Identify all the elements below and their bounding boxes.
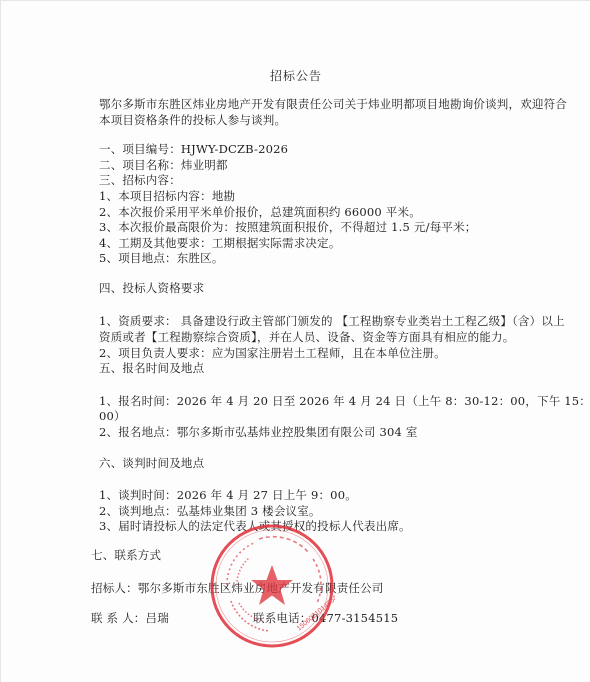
section3-item-3: 3、本次报价最高限价为：按照建筑面积报价，不得超过 1.5 元/每平米；: [99, 220, 477, 235]
section7-heading: 七、联系方式: [91, 548, 161, 563]
section3-item-4: 4、工期及其他要求：工期根据实际需求决定。: [99, 236, 341, 251]
project-number: 一、项目编号：HJWY-DCZB-2026: [99, 142, 288, 157]
section3-item-5: 5、项目地点：东胜区。: [99, 251, 224, 266]
page-title: 招标公告: [1, 67, 590, 84]
contact-person: 联 系 人：吕瑞: [91, 611, 169, 626]
section5-item-1-cont: 00）: [99, 409, 126, 424]
section6-item-1: 1、谈判时间：2026 年 4 月 27 日上午 9：00。: [99, 488, 357, 503]
section5-item-1: 1、报名时间：2026 年 4 月 20 日至 2026 年 4 月 24 日（…: [99, 394, 590, 409]
section5-heading: 五、报名时间及地点: [99, 361, 204, 376]
section4-heading: 四、投标人资格要求: [99, 281, 204, 296]
project-name: 二、项目名称：炜业明都: [99, 158, 228, 173]
section4-item-1-cont: 资质或者【工程勘察综合资质】，并在人员、设备、资金等方面具有相应的能力。: [99, 330, 514, 345]
section3-heading: 三、招标内容：: [99, 173, 181, 188]
section6-item-3: 3、届时请投标人的法定代表人或其授权的投标人代表出席。: [99, 519, 411, 534]
section3-item-1: 1、本项目招标内容：地勘: [99, 189, 235, 204]
contact-phone: 联系电话：0477-3154515: [253, 611, 398, 626]
section6-item-2: 2、谈判地点：弘基炜业集团 3 楼会议室。: [99, 504, 321, 519]
section4-item-1: 1、资质要求： 具备建设行政主管部门颁发的 【工程勘察专业类岩土工程乙级】（含）…: [99, 314, 565, 329]
intro-line-1: 鄂尔多斯市东胜区炜业房地产开发有限责任公司关于炜业明都项目地勘询价谈判，欢迎符合: [99, 97, 567, 112]
document-page: 招标公告 鄂尔多斯市东胜区炜业房地产开发有限责任公司关于炜业明都项目地勘询价谈判…: [0, 0, 590, 682]
tenderer: 招标人：鄂尔多斯市东胜区炜业房地产开发有限责任公司: [91, 581, 384, 596]
section3-item-2: 2、本次报价采用平米单价报价，总建筑面积约 66000 平米。: [99, 205, 421, 220]
section6-heading: 六、谈判时间及地点: [99, 456, 204, 471]
section5-item-2: 2、报名地点：鄂尔多斯市弘基炜业控股集团有限公司 304 室: [99, 425, 418, 440]
section4-item-2: 2、项目负责人要求：应为国家注册岩土工程师，且在本单位注册。: [99, 346, 446, 361]
intro-line-2: 本项目资格条件的投标人参与谈判。: [99, 113, 286, 128]
